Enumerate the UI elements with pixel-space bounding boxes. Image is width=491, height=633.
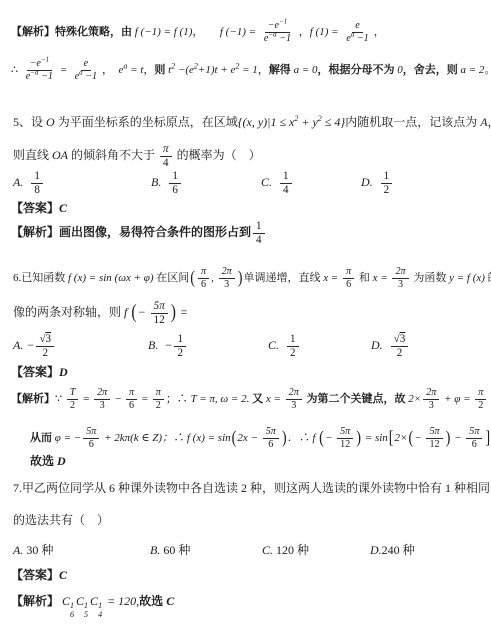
text-run: − bbox=[138, 305, 149, 319]
text-run: 3 bbox=[100, 400, 105, 411]
text-run: 从而 bbox=[30, 432, 55, 444]
fraction-denominator: 6 bbox=[198, 279, 209, 291]
fraction: 2π3 bbox=[286, 387, 302, 411]
fraction-denominator: 2 bbox=[67, 400, 78, 412]
text-run: 画出图像，易得符合条件的图形占到 bbox=[59, 225, 251, 239]
fraction-denominator: 3 bbox=[288, 400, 299, 412]
text-run: f bbox=[124, 305, 130, 319]
fraction-denominator: 3 bbox=[221, 279, 232, 291]
text-run: 解得 bbox=[269, 64, 291, 76]
text-run: C. bbox=[268, 338, 285, 352]
text-run: 5π bbox=[469, 426, 479, 437]
text-run: 【解析】 bbox=[11, 26, 55, 38]
fraction: 5π12 bbox=[426, 426, 442, 450]
text-run: 2 bbox=[397, 347, 403, 359]
text-run: π bbox=[346, 266, 351, 277]
text-run: 2π bbox=[222, 266, 232, 277]
problem-6-line-2: 像的两条对称轴，则 f (− 5π12) = bbox=[13, 297, 188, 328]
text-run: 在区间 bbox=[154, 272, 190, 284]
fraction-numerator: π bbox=[126, 387, 137, 400]
text-run: A. − bbox=[13, 338, 34, 352]
text-run: 2 bbox=[177, 347, 183, 359]
fraction-numerator: 1 bbox=[169, 170, 181, 184]
text-run: ， bbox=[143, 64, 154, 76]
text-run: ∵ bbox=[55, 393, 65, 405]
text-run: 5π bbox=[86, 426, 96, 437]
text-run: = bbox=[58, 64, 70, 76]
text-run: e bbox=[355, 20, 360, 31]
fraction: 12 bbox=[287, 333, 299, 359]
solution-4-line-2: ∴ −e−1e−a −1 = eea −1， ea = t，则 t2 −(e2+… bbox=[11, 55, 491, 85]
fraction: √32 bbox=[391, 333, 409, 359]
text-run: 的倾斜角不大于 bbox=[68, 148, 158, 162]
text-run: T bbox=[70, 387, 76, 398]
script-run: −1 bbox=[279, 18, 287, 26]
fraction-denominator: 6 bbox=[169, 184, 181, 197]
text-run: 特殊化策略，由 bbox=[55, 26, 132, 38]
text-run: 又 bbox=[249, 393, 266, 405]
fraction: 5π6 bbox=[466, 426, 482, 450]
text-run: 则直线 bbox=[13, 148, 52, 162]
text-run: 60 种 bbox=[160, 543, 190, 557]
text-run: = bbox=[177, 305, 188, 319]
text-run: 3 bbox=[429, 400, 434, 411]
text-run: C bbox=[166, 594, 174, 608]
problem-7-line-1: 7.甲乙两位同学从 6 种课外读物中各自选读 2 种，则这两人选读的课外读物中恰… bbox=[13, 473, 490, 503]
text-run: 6 bbox=[472, 439, 477, 450]
text-run: C bbox=[59, 568, 67, 582]
text-run: 2π bbox=[289, 387, 299, 398]
text-run: 内随机取一点，记该点为 bbox=[345, 115, 480, 129]
fraction: 5π12 bbox=[151, 300, 168, 326]
text-run: 1 bbox=[34, 170, 40, 182]
fraction-numerator: 5π bbox=[337, 426, 353, 439]
fraction-denominator: 12 bbox=[426, 439, 442, 451]
fraction-denominator: ea −1 bbox=[72, 71, 100, 83]
text-run: , bbox=[211, 272, 217, 284]
fraction: 12 bbox=[381, 170, 393, 196]
fraction: 2π3 bbox=[219, 266, 235, 290]
text-run: 2 bbox=[384, 184, 390, 196]
text-run: π bbox=[201, 266, 206, 277]
fraction-denominator: 6 bbox=[86, 439, 97, 451]
text-run: ， bbox=[258, 64, 269, 76]
text-run: D bbox=[57, 454, 66, 468]
text-run: = 120, bbox=[104, 594, 139, 608]
fraction-numerator: √3 bbox=[391, 333, 409, 347]
fraction-numerator: T bbox=[67, 387, 79, 400]
text-run: 1 bbox=[177, 333, 183, 345]
big-paren: ) bbox=[171, 294, 176, 332]
script-run: −a bbox=[268, 31, 276, 39]
fraction-numerator: π bbox=[343, 266, 354, 279]
text-run: − bbox=[112, 393, 124, 405]
text-run: a = 0 bbox=[291, 64, 318, 76]
solution-5: 【解析】画出图像，易得符合条件的图形占到14 bbox=[11, 217, 267, 247]
text-run: y = f (x) bbox=[449, 272, 485, 284]
subscript: 4 bbox=[98, 611, 102, 620]
text-run: C bbox=[90, 594, 98, 608]
fraction: π6 bbox=[126, 387, 137, 411]
text-run: = bbox=[139, 393, 151, 405]
fraction: −e−1e−a −1 bbox=[261, 20, 294, 44]
text-run: 5、设 bbox=[13, 115, 46, 129]
solution-6-conclusion: 故选 D bbox=[30, 446, 66, 476]
text-run: C bbox=[59, 201, 67, 215]
text-run: 5π bbox=[154, 300, 165, 312]
text-run: B. bbox=[151, 175, 167, 189]
fraction: 12 bbox=[174, 333, 186, 359]
text-run: 4 bbox=[283, 184, 289, 196]
text-run: A. bbox=[13, 175, 29, 189]
fraction-numerator: 5π bbox=[151, 300, 168, 314]
option-cell: B. 60 种 bbox=[150, 535, 262, 565]
text-run: B. − bbox=[148, 338, 172, 352]
text-run: ≤ 4} bbox=[322, 115, 345, 129]
text-run: ， bbox=[488, 115, 491, 129]
fraction-numerator: 1 bbox=[174, 333, 186, 347]
fraction-numerator: 1 bbox=[381, 170, 393, 184]
super-sub-stack: 16 bbox=[70, 602, 74, 620]
text-run: C bbox=[76, 594, 84, 608]
text-run: D. bbox=[361, 175, 379, 189]
text-run: {(x, y)|1 ≤ x bbox=[238, 115, 295, 129]
text-run: 2 bbox=[156, 400, 161, 411]
text-run: 的概率为（ ） bbox=[174, 148, 261, 162]
sqrt-radicand: 3 bbox=[400, 333, 406, 345]
text-run: π bbox=[129, 387, 134, 398]
fraction: 5π6 bbox=[263, 426, 279, 450]
text-run: ， bbox=[374, 26, 385, 38]
text-run: 6 bbox=[129, 400, 134, 411]
text-run: ；∴ bbox=[166, 393, 191, 405]
text-run: 6.已知函数 bbox=[13, 272, 68, 284]
text-run: 120 种 bbox=[273, 543, 309, 557]
text-run: 2× bbox=[408, 393, 421, 405]
option-cell: D. 12 bbox=[361, 167, 471, 197]
text-run: 。 bbox=[484, 64, 491, 76]
problem-5-line-1: 5、设 O 为平面坐标系的坐标原点，在区域{(x, y)|1 ≤ x2 + y2… bbox=[13, 107, 491, 137]
text-run: OA bbox=[52, 148, 68, 162]
text-run: − bbox=[414, 432, 424, 444]
script-run: −1 bbox=[41, 56, 49, 64]
problem-5-options: A. 18B. 16C. 14D. 12 bbox=[13, 166, 471, 197]
fraction-numerator: 5π bbox=[466, 426, 482, 439]
subscript: 5 bbox=[84, 611, 88, 620]
text-run: π bbox=[478, 387, 483, 398]
fraction-numerator: π bbox=[475, 387, 486, 400]
text-run: C. bbox=[261, 175, 278, 189]
text-run: 240 种 bbox=[382, 543, 415, 557]
fraction-denominator: 2 bbox=[287, 347, 299, 360]
problem-6-line-1: 6.已知函数 f (x) = sin (ωx + φ) 在区间(π6, 2π3)… bbox=[13, 263, 491, 293]
text-run: 和 bbox=[356, 272, 373, 284]
text-run: 6 bbox=[201, 279, 206, 290]
option-cell: B. −12 bbox=[148, 330, 268, 360]
fraction-numerator: 2π bbox=[94, 387, 110, 400]
text-run: ．∴ bbox=[288, 432, 313, 444]
text-run: −1 bbox=[354, 33, 368, 44]
text-run: 12 bbox=[340, 439, 350, 450]
text-run: 12 bbox=[429, 439, 439, 450]
text-run: C bbox=[59, 594, 70, 608]
text-run: 故选 bbox=[30, 454, 57, 468]
text-run: 的选法共有（ ） bbox=[13, 513, 109, 527]
text-run: 4 bbox=[256, 234, 262, 246]
text-run: 【答案】 bbox=[11, 201, 59, 215]
fraction-numerator: 2π bbox=[423, 387, 439, 400]
fraction: 2π3 bbox=[94, 387, 110, 411]
big-paren: ] bbox=[485, 419, 490, 457]
fraction-numerator: π bbox=[153, 387, 164, 400]
fraction: 5π6 bbox=[83, 426, 99, 450]
fraction-denominator: 2 bbox=[153, 400, 164, 412]
text-run: −1 bbox=[83, 71, 97, 82]
text-run: 【解析】 bbox=[11, 393, 55, 405]
fraction-numerator: 5π bbox=[263, 426, 279, 439]
text-run: = bbox=[80, 393, 92, 405]
problem-7-line-2: 的选法共有（ ） bbox=[13, 505, 109, 535]
text-run: − bbox=[325, 432, 335, 444]
fraction: 2π3 bbox=[423, 387, 439, 411]
text-run: 【解析】 bbox=[11, 594, 59, 608]
text-run: 2π bbox=[97, 387, 107, 398]
text-run: C. bbox=[262, 543, 273, 557]
sqrt-radicand: 3 bbox=[46, 333, 52, 345]
fraction-denominator: 3 bbox=[395, 279, 406, 291]
text-run: = t bbox=[127, 64, 143, 76]
fraction-numerator: π bbox=[198, 266, 209, 279]
big-paren: ) bbox=[282, 419, 287, 457]
fraction-denominator: 6 bbox=[265, 439, 276, 451]
text-run: ，根据分母不为 bbox=[318, 64, 395, 76]
text-run: + φ = bbox=[441, 393, 473, 405]
solution-7: 【解析】 C16C15C14 = 120,故选 C bbox=[11, 586, 174, 620]
text-run: φ = − bbox=[55, 432, 81, 444]
text-run: 2 bbox=[290, 347, 296, 359]
text-run: 3 bbox=[398, 279, 403, 290]
document-page: 【解析】特殊化策略，由 f (−1) = f (1)， f (−1) = −e−… bbox=[0, 0, 491, 633]
solution-4-line-1: 【解析】特殊化策略，由 f (−1) = f (1)， f (−1) = −e−… bbox=[11, 17, 385, 47]
fraction: T2 bbox=[67, 387, 79, 411]
text-run: 6 bbox=[268, 439, 273, 450]
text-run: 2π bbox=[426, 387, 436, 398]
text-run: 1 bbox=[172, 170, 178, 182]
fraction: π6 bbox=[343, 266, 354, 290]
option-cell: C. 12 bbox=[268, 330, 371, 360]
option-cell: C. 14 bbox=[261, 167, 361, 197]
text-run: ， bbox=[102, 64, 119, 76]
text-run: 12 bbox=[154, 314, 165, 326]
text-run: x = bbox=[373, 272, 391, 284]
text-run: a = 2 bbox=[458, 64, 485, 76]
text-run: = 1 bbox=[239, 64, 257, 76]
fraction-denominator: 4 bbox=[280, 184, 292, 197]
big-paren: ( bbox=[408, 419, 413, 457]
text-run: 2 bbox=[478, 400, 483, 411]
big-paren: ) bbox=[446, 419, 451, 457]
big-paren: ) bbox=[356, 419, 361, 457]
option-cell: D. √32 bbox=[371, 330, 481, 360]
fraction-denominator: 6 bbox=[343, 279, 354, 291]
text-run: x = bbox=[266, 393, 284, 405]
fraction-numerator: 1 bbox=[280, 170, 292, 184]
big-paren: ) bbox=[238, 259, 243, 297]
fraction-numerator: 1 bbox=[253, 220, 265, 234]
fraction-denominator: 12 bbox=[337, 439, 353, 451]
text-run: 0 bbox=[395, 64, 403, 76]
text-run: 则 bbox=[154, 64, 165, 76]
solution-6-line-1: 【解析】∵ T2 = 2π3 − π6 = π2；∴ T = π, ω = 2.… bbox=[11, 384, 491, 414]
text-run: f (x) = sin (ωx + φ) bbox=[68, 272, 154, 284]
text-run: −1 bbox=[277, 33, 291, 44]
fraction-denominator: 3 bbox=[97, 400, 108, 412]
fraction: −e−1e−a −1 bbox=[23, 58, 56, 82]
text-run: 的图 bbox=[485, 272, 491, 284]
fraction-numerator: 2π bbox=[392, 266, 408, 279]
sqrt-radical: √3 bbox=[39, 333, 51, 345]
text-run: ， bbox=[192, 26, 220, 38]
text-run: 为第二个关键点，故 bbox=[304, 393, 409, 405]
text-run: −1 bbox=[38, 71, 52, 82]
text-run: 5π bbox=[340, 426, 350, 437]
text-run: ，舍去，则 bbox=[403, 64, 458, 76]
text-run: π bbox=[163, 143, 169, 155]
problem-7-options: A. 30 种B. 60 种C. 120 种D.240 种 bbox=[13, 534, 480, 565]
text-run: 为函数 bbox=[411, 272, 450, 284]
text-run: π bbox=[156, 387, 161, 398]
text-run: x = bbox=[323, 272, 341, 284]
fraction: π2 bbox=[475, 387, 486, 411]
text-run: 2π bbox=[395, 266, 405, 277]
text-run: f bbox=[312, 432, 318, 444]
text-run: 30 种 bbox=[23, 543, 53, 557]
text-run: 故选 bbox=[139, 594, 166, 608]
text-run: O bbox=[46, 115, 55, 129]
text-run: 6 bbox=[346, 279, 351, 290]
problem-6-options: A. −√32B. −12C. 12D. √32 bbox=[13, 329, 481, 360]
text-run: ， bbox=[296, 26, 310, 38]
text-run: 【答案】 bbox=[11, 365, 59, 379]
text-run: −(e bbox=[175, 64, 194, 76]
text-run: 6 bbox=[172, 184, 178, 196]
big-paren: ( bbox=[131, 294, 136, 332]
option-cell: C. 120 种 bbox=[262, 535, 370, 565]
fraction: 14 bbox=[280, 170, 292, 196]
sqrt-radical: √3 bbox=[394, 333, 406, 345]
text-run: 1 bbox=[290, 333, 296, 345]
fraction-numerator: 5π bbox=[426, 426, 442, 439]
fraction-denominator: 3 bbox=[426, 400, 437, 412]
text-run: 1 bbox=[256, 220, 262, 232]
fraction-denominator: 6 bbox=[126, 400, 137, 412]
fraction-denominator: 2 bbox=[475, 400, 486, 412]
text-run: 2x − bbox=[237, 432, 260, 444]
text-run: 3 bbox=[224, 279, 229, 290]
fraction-numerator: 2π bbox=[219, 266, 235, 279]
text-run: A bbox=[480, 115, 487, 129]
text-run: 【答案】 bbox=[11, 568, 59, 582]
fraction: π6 bbox=[198, 266, 209, 290]
fraction-denominator: e−a −1 bbox=[23, 71, 56, 83]
text-run: e bbox=[84, 58, 89, 69]
text-run: f (1) = bbox=[310, 26, 342, 38]
fraction-denominator: 12 bbox=[151, 314, 168, 327]
fraction: 14 bbox=[253, 220, 265, 246]
text-run: 为平面坐标系的坐标原点，在区域 bbox=[55, 115, 238, 129]
fraction-denominator: ea −1 bbox=[343, 33, 371, 45]
text-run: 5π bbox=[266, 426, 276, 437]
text-run: 6 bbox=[89, 439, 94, 450]
text-run: f (−1) = bbox=[220, 26, 259, 38]
big-paren: [ bbox=[389, 419, 394, 457]
text-run: 3 bbox=[291, 400, 296, 411]
text-run: f (x) = sin bbox=[187, 432, 231, 444]
text-run: f (−1) = f (1) bbox=[132, 26, 192, 38]
text-run: B. bbox=[150, 543, 160, 557]
fraction: √32 bbox=[36, 333, 54, 359]
subscript: 6 bbox=[70, 611, 74, 620]
super-sub-stack: 14 bbox=[98, 602, 102, 620]
solution-6-line-2: 从而 φ = −5π6 + 2kπ(k ∈ Z)；∴ f (x) = sin(2… bbox=[30, 423, 491, 453]
option-cell: D.240 种 bbox=[370, 535, 480, 565]
fraction: 16 bbox=[169, 170, 181, 196]
fraction-numerator: 5π bbox=[83, 426, 99, 439]
fraction-denominator: 4 bbox=[253, 234, 265, 247]
text-run: 2 bbox=[70, 400, 75, 411]
big-paren: ( bbox=[190, 259, 195, 297]
fraction-numerator: π bbox=[160, 143, 172, 157]
text-run: 2× bbox=[395, 432, 408, 444]
fraction: π2 bbox=[153, 387, 164, 411]
text-run: 1 bbox=[384, 170, 390, 182]
text-run: +1)t + e bbox=[198, 64, 235, 76]
fraction-numerator: 1 bbox=[287, 333, 299, 347]
text-run: D. bbox=[371, 338, 389, 352]
fraction-denominator: e−a −1 bbox=[261, 33, 294, 45]
fraction-denominator: 2 bbox=[174, 347, 186, 360]
fraction: 5π12 bbox=[337, 426, 353, 450]
fraction-numerator: 1 bbox=[31, 170, 43, 184]
fraction-numerator: √3 bbox=[36, 333, 54, 347]
text-run: − bbox=[451, 432, 464, 444]
option-cell: A. −√32 bbox=[13, 330, 148, 360]
super-sub-stack: 15 bbox=[84, 602, 88, 620]
text-run: 【解析】 bbox=[11, 225, 59, 239]
answer-6: 【答案】D bbox=[11, 357, 68, 387]
text-run: 5π bbox=[429, 426, 439, 437]
option-cell: B. 16 bbox=[151, 167, 261, 197]
text-run: 单调递增，直线 bbox=[244, 272, 324, 284]
fraction-denominator: 2 bbox=[394, 347, 406, 360]
fraction: eea −1 bbox=[343, 20, 371, 44]
text-run: = sin bbox=[362, 432, 388, 444]
text-run: A. bbox=[13, 543, 23, 557]
big-paren: ( bbox=[319, 419, 324, 457]
text-run: 7.甲乙两位同学从 6 种课外读物中各自选读 2 种，则这两人选读的课外读物中恰… bbox=[13, 481, 490, 495]
text-run: 1 bbox=[283, 170, 289, 182]
text-run: D bbox=[59, 365, 68, 379]
fraction-denominator: 2 bbox=[381, 184, 393, 197]
text-run: T = π, ω = 2. bbox=[191, 393, 250, 405]
big-paren: ( bbox=[232, 419, 237, 457]
text-run: + y bbox=[298, 115, 317, 129]
text-run: D. bbox=[370, 543, 382, 557]
text-run: ∴ bbox=[11, 64, 21, 76]
fraction-numerator: 2π bbox=[286, 387, 302, 400]
fraction: 2π3 bbox=[392, 266, 408, 290]
text-run: + 2kπ(k ∈ Z)；∴ bbox=[101, 432, 187, 444]
